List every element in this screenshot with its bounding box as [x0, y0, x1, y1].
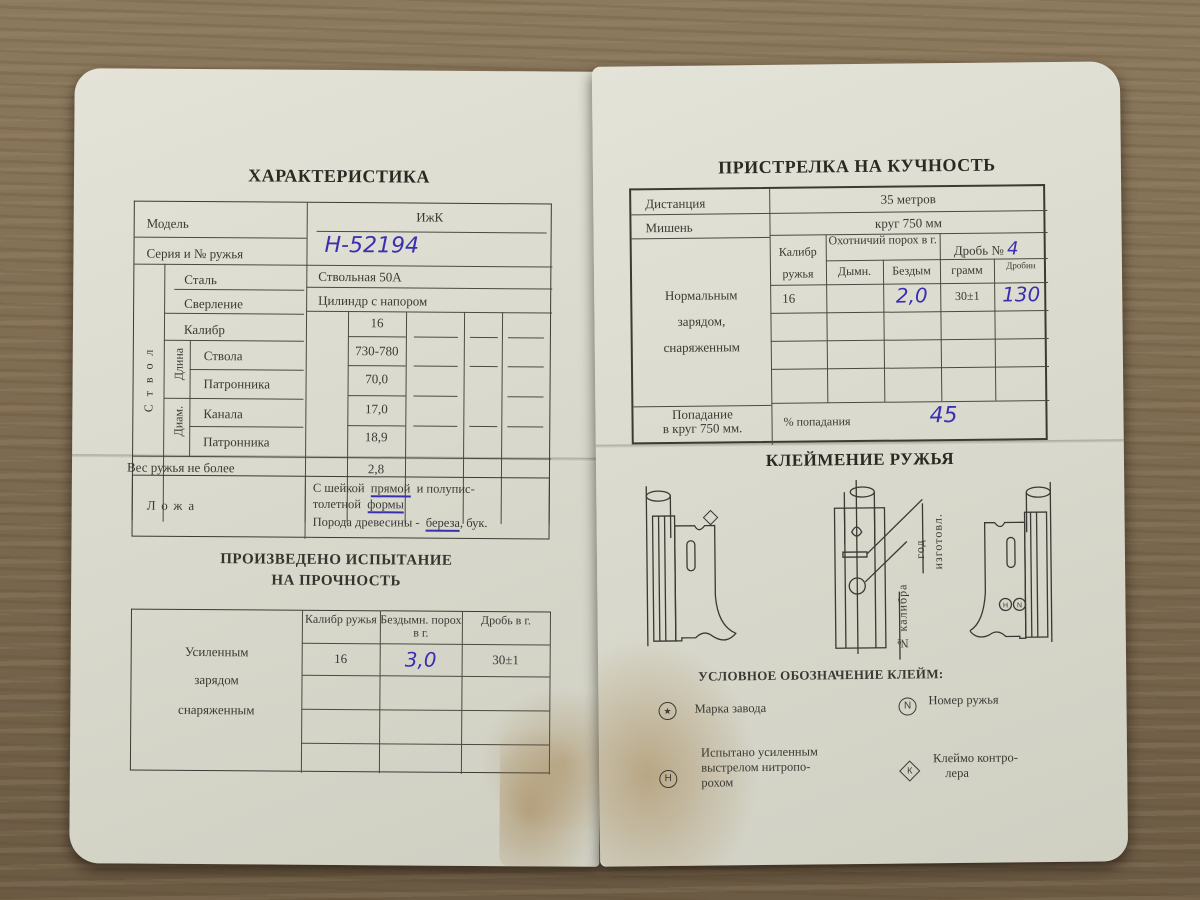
grouping-value-grams: 30±1	[940, 289, 994, 305]
strength-value-shot: 30±1	[462, 652, 550, 669]
stock-form: формы	[367, 497, 404, 513]
diam-channel-value: 17,0	[347, 401, 405, 417]
strength-value-caliber: 16	[302, 651, 380, 668]
circle-h-icon: Н	[659, 770, 677, 788]
diamond-k-icon: К	[899, 760, 920, 781]
distance-value: 35 метров	[769, 190, 1047, 209]
stock-neck-straight: прямой	[371, 481, 411, 497]
distance-label: Дистанция	[645, 196, 705, 213]
stock-line-2: толетной формы	[313, 497, 404, 513]
length-chamber-label: Патронника	[204, 376, 271, 392]
charge-label-3: снаряженным	[633, 339, 771, 356]
stock-label: Ложа	[147, 498, 201, 514]
circle-n-icon: N	[898, 697, 916, 715]
bore-label: Сверление	[184, 296, 243, 312]
legend-proof-tested-1: Испытано усиленным	[701, 744, 818, 760]
length-chamber-value: 70,0	[348, 371, 406, 387]
length-barrel-label: Ствола	[204, 348, 243, 364]
serial-value: Н-52194	[324, 233, 419, 259]
target-label: Мишень	[645, 220, 692, 236]
caliber-value: 16	[348, 315, 406, 331]
steel-label: Сталь	[184, 272, 217, 288]
star-shield-icon: ★	[658, 702, 676, 720]
grouping-header-hunting-powder: Охотничий порох в г.	[826, 233, 940, 246]
stock-wood-birch: береза	[426, 516, 460, 532]
grouping-header-smokeless: Бездым	[883, 263, 940, 279]
legend-proof-tested-2: выстрелом нитропо-	[701, 760, 810, 776]
serial-label: Серия и № ружья	[146, 246, 243, 263]
target-value: круг 750 мм	[769, 214, 1047, 233]
receiver-left-diagram	[636, 475, 758, 656]
length-group-label: Длина	[172, 348, 187, 380]
paper-stain	[499, 726, 600, 867]
grouping-test-title: ПРИСТРЕЛКА НА КУЧНОСТЬ	[593, 153, 1121, 180]
stock-line-1: С шейкой прямой и полупис-	[313, 481, 475, 497]
model-value: ИжК	[307, 209, 553, 227]
strength-row-label-2: зарядом	[131, 672, 301, 689]
diam-group-label: Диам.	[171, 406, 186, 437]
receiver-right-diagram: Н N	[968, 472, 1070, 653]
legend-controller-mark-2: лера	[945, 766, 969, 781]
right-page: ПРИСТРЕЛКА НА КУЧНОСТЬ Дистанция 35 метр…	[592, 61, 1128, 866]
diam-channel-label: Канала	[203, 406, 242, 422]
grouping-header-shot-number: Дробь № 4	[954, 238, 1019, 260]
length-barrel-value: 730-780	[344, 343, 410, 359]
model-label: Модель	[147, 216, 189, 232]
characteristics-title: ХАРАКТЕРИСТИКА	[74, 164, 604, 189]
grouping-header-grams: грамм	[940, 263, 994, 279]
grouping-header-pellets: Дробин	[994, 260, 1048, 271]
marking-title: КЛЕЙМЕНИЕ РУЖЬЯ	[596, 447, 1124, 473]
stock-table: Ложа С шейкой прямой и полупис- толетной…	[132, 475, 550, 540]
hit-label-2: в круг 750 мм.	[634, 421, 772, 436]
barrel-group-label: Ствол	[141, 342, 156, 413]
grouping-header-smoky: Дымн.	[826, 264, 883, 280]
strength-test-title-line2: НА ПРОЧНОСТЬ	[71, 571, 601, 592]
strength-header-caliber: Калибр ружья	[302, 613, 380, 627]
diam-chamber-value: 18,9	[347, 429, 405, 445]
strength-row-label-1: Усиленным	[132, 644, 302, 661]
strength-header-powder: Бездымн. порох в г.	[380, 613, 462, 640]
hit-percent-value: 45	[929, 403, 957, 428]
grouping-value-caliber: 16	[782, 291, 795, 307]
diagram-label-year: год	[913, 539, 928, 559]
legend-gun-number: Номер ружья	[928, 693, 998, 709]
grouping-test-table: Дистанция 35 метров Мишень круг 750 мм К…	[629, 184, 1048, 444]
left-page: ХАРАКТЕРИСТИКА Модель ИжК Серия и № ружь…	[69, 68, 605, 867]
diagram-label-caliber-no: № калибра	[895, 583, 911, 650]
charge-label-2: зарядом,	[632, 313, 770, 330]
diam-chamber-label: Патронника	[203, 434, 270, 450]
steel-value: Ствольная 50А	[318, 269, 401, 286]
hit-percent-label: % попадания	[783, 414, 850, 430]
legend-proof-tested-3: рохом	[701, 775, 733, 790]
legend-factory-mark: Марка завода	[694, 701, 766, 717]
caliber-label: Калибр	[184, 322, 225, 338]
barrel-top-diagram	[826, 473, 948, 664]
svg-text:Н: Н	[1003, 602, 1008, 609]
weight-value: 2,8	[347, 461, 405, 477]
strength-header-shot: Дробь в г.	[462, 614, 550, 628]
svg-text:N: N	[1017, 602, 1022, 609]
strength-test-table: Усиленным зарядом снаряженным Калибр руж…	[130, 609, 551, 774]
charge-label-1: Нормальным	[632, 287, 770, 304]
strength-value-powder: 3,0	[380, 647, 462, 672]
legend-title: УСЛОВНОЕ ОБОЗНАЧЕНИЕ КЛЕЙМ:	[698, 666, 943, 685]
grouping-header-caliber: Калибр ружья	[770, 240, 826, 285]
diagram-label-made: изготовл.	[931, 513, 947, 569]
bore-value: Цилиндр с напором	[318, 293, 427, 310]
grouping-value-pellets: 130	[994, 282, 1048, 307]
legend-controller-mark-1: Клеймо контро-	[933, 750, 1018, 766]
strength-row-label-3: снаряженным	[131, 702, 301, 719]
stock-line-3: Порода древесины - береза, бук.	[313, 515, 488, 531]
grouping-value-smokeless: 2,0	[883, 283, 940, 308]
shot-number-value: 4	[1007, 238, 1019, 259]
strength-test-title-line1: ПРОИЗВЕДЕНО ИСПЫТАНИЕ	[71, 550, 601, 571]
